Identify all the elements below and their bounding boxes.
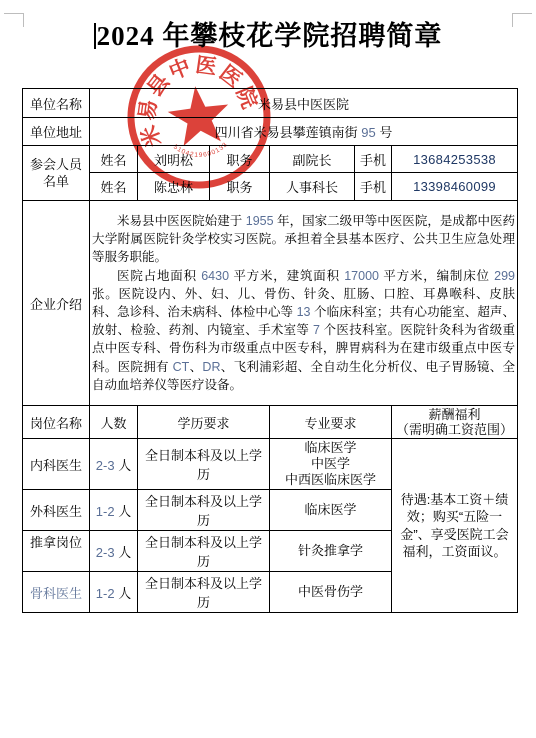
page-title: 2024 年攀枝花学院招聘简章 bbox=[0, 14, 536, 53]
job-count-number: 2-3 bbox=[96, 545, 115, 560]
header-position[interactable]: 岗位名称 bbox=[23, 406, 90, 439]
address-number: 95 bbox=[361, 125, 375, 140]
job-count-unit: 人 bbox=[115, 586, 132, 601]
unit-name-label[interactable]: 单位名称 bbox=[23, 89, 90, 118]
salary-benefits-cell[interactable]: 待遇:基本工资＋绩效；购买“五险一金”、享受医院工会福利，工资面议。 bbox=[392, 439, 518, 613]
job-count[interactable]: 2-3 人 bbox=[90, 439, 138, 490]
job-count-number: 1-2 bbox=[96, 504, 115, 519]
header-salary-line2: （需明确工资范围） bbox=[396, 422, 513, 437]
attendee-phone-label[interactable]: 手机 bbox=[355, 173, 392, 201]
attendee-phone[interactable]: 13398460099 bbox=[392, 173, 518, 201]
attendee-phone-label[interactable]: 手机 bbox=[355, 146, 392, 173]
intro-paragraph: 医院占地面积 6430 平方米，建筑面积 17000 平方米，编制床位 299 … bbox=[92, 267, 515, 394]
attendee-name-label[interactable]: 姓名 bbox=[90, 173, 138, 201]
attendee-title[interactable]: 副院长 bbox=[270, 146, 355, 173]
attendee-title-label[interactable]: 职务 bbox=[210, 173, 270, 201]
job-major[interactable]: 临床医学 bbox=[270, 490, 392, 531]
job-education[interactable]: 全日制本科及以上学历 bbox=[138, 531, 270, 572]
attendee-name-label[interactable]: 姓名 bbox=[90, 146, 138, 173]
attendees-label[interactable]: 参会人员名单 bbox=[23, 146, 90, 201]
job-position[interactable]: 外科医生 bbox=[23, 490, 90, 531]
company-intro-label[interactable]: 企业介绍 bbox=[23, 201, 90, 406]
attendee-row: 姓名 陈忠林 职务 人事科长 手机 13398460099 bbox=[23, 173, 518, 201]
job-education[interactable]: 全日制本科及以上学历 bbox=[138, 439, 270, 490]
attendee-name[interactable]: 刘明松 bbox=[138, 146, 210, 173]
intro-paragraph: 米易县中医医院始建于 1955 年，国家二级甲等中医医院，是成都中医药大学附属医… bbox=[92, 212, 515, 267]
job-count[interactable]: 1-2 人 bbox=[90, 490, 138, 531]
attendee-title[interactable]: 人事科长 bbox=[270, 173, 355, 201]
job-count-unit: 人 bbox=[115, 545, 132, 560]
company-intro-text[interactable]: 米易县中医医院始建于 1955 年，国家二级甲等中医医院，是成都中医药大学附属医… bbox=[90, 201, 518, 406]
stamp-char: 医 bbox=[194, 54, 218, 80]
attendee-row: 参会人员名单 姓名 刘明松 职务 副院长 手机 13684253538 bbox=[23, 146, 518, 173]
unit-address-label[interactable]: 单位地址 bbox=[23, 118, 90, 146]
recruitment-table: 单位名称 米易县中医医院 单位地址 四川省米易县攀莲镇南街 95 号 参会人员名… bbox=[22, 88, 518, 613]
document-page[interactable]: { "page": { "title": "2024 年攀枝花学院招聘简章" }… bbox=[0, 0, 536, 738]
address-text: 四川省米易县攀莲镇南街 bbox=[215, 125, 362, 140]
job-count-unit: 人 bbox=[115, 458, 132, 473]
header-count[interactable]: 人数 bbox=[90, 406, 138, 439]
unit-name-value[interactable]: 米易县中医医院 bbox=[90, 89, 518, 118]
header-major[interactable]: 专业要求 bbox=[270, 406, 392, 439]
unit-address-row: 单位地址 四川省米易县攀莲镇南街 95 号 bbox=[23, 118, 518, 146]
job-count-unit: 人 bbox=[115, 504, 132, 519]
header-salary-line1: 薪酬福利 bbox=[429, 407, 481, 422]
company-intro-row: 企业介绍 米易县中医医院始建于 1955 年，国家二级甲等中医医院，是成都中医药… bbox=[23, 201, 518, 406]
unit-name-row: 单位名称 米易县中医医院 bbox=[23, 89, 518, 118]
text-cursor bbox=[94, 23, 96, 49]
attendee-name[interactable]: 陈忠林 bbox=[138, 173, 210, 201]
page-title-text: 2024 年攀枝花学院招聘简章 bbox=[97, 21, 443, 51]
job-header-row: 岗位名称 人数 学历要求 专业要求 薪酬福利（需明确工资范围） bbox=[23, 406, 518, 439]
job-count[interactable]: 2-3 人 bbox=[90, 531, 138, 572]
job-position[interactable]: 内科医生 bbox=[23, 439, 90, 490]
job-major[interactable]: 中医骨伤学 bbox=[270, 572, 392, 613]
attendee-title-label[interactable]: 职务 bbox=[210, 146, 270, 173]
job-count-number: 2-3 bbox=[96, 458, 115, 473]
job-count-number: 1-2 bbox=[96, 586, 115, 601]
job-position[interactable]: 推拿岗位 bbox=[23, 531, 90, 572]
stamp-char: 中 bbox=[165, 54, 193, 84]
job-major[interactable]: 针灸推拿学 bbox=[270, 531, 392, 572]
job-education[interactable]: 全日制本科及以上学历 bbox=[138, 572, 270, 613]
job-major[interactable]: 临床医学 中医学 中西医临床医学 bbox=[270, 439, 392, 490]
job-row: 内科医生 2-3 人 全日制本科及以上学历 临床医学 中医学 中西医临床医学 待… bbox=[23, 439, 518, 490]
attendee-phone[interactable]: 13684253538 bbox=[392, 146, 518, 173]
job-count[interactable]: 1-2 人 bbox=[90, 572, 138, 613]
header-salary[interactable]: 薪酬福利（需明确工资范围） bbox=[392, 406, 518, 439]
unit-address-value[interactable]: 四川省米易县攀莲镇南街 95 号 bbox=[90, 118, 518, 146]
header-education[interactable]: 学历要求 bbox=[138, 406, 270, 439]
job-education[interactable]: 全日制本科及以上学历 bbox=[138, 490, 270, 531]
job-position[interactable]: 骨科医生 bbox=[23, 572, 90, 613]
address-suffix: 号 bbox=[376, 125, 393, 140]
